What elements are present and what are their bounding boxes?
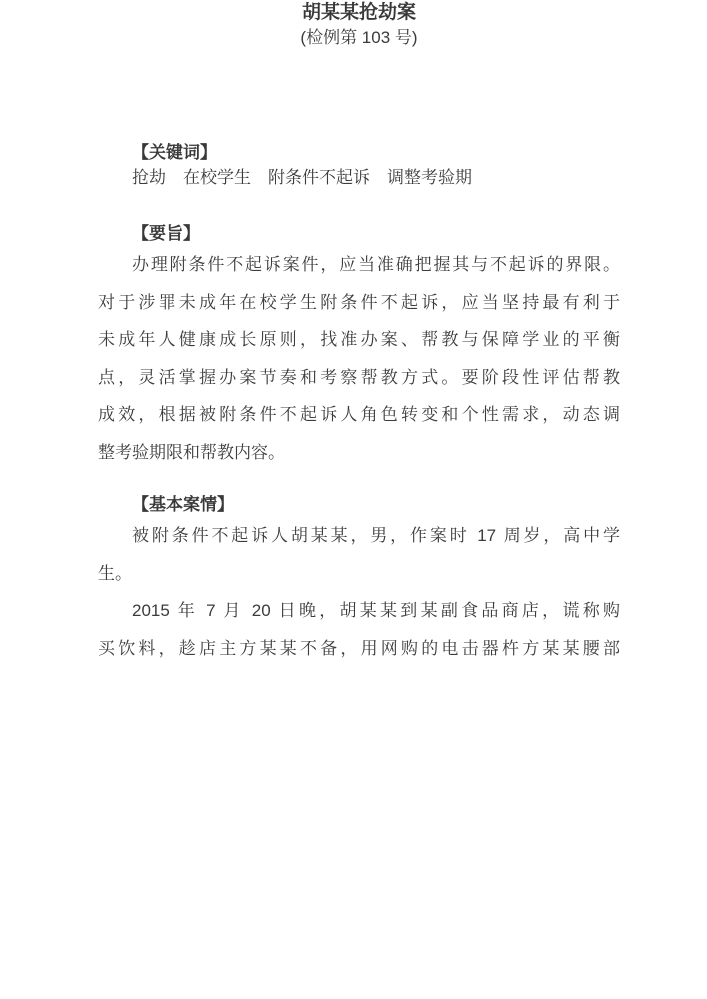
text-line: 生。 (98, 555, 620, 593)
facts-paragraph-2: 2015 年 7 月 20 日晚，胡某某到某副食品商店，谎称购 买饮料，趁店主方… (98, 592, 620, 667)
summary-heading: 【要旨】 (98, 221, 620, 246)
keywords-text: 抢劫 在校学生 附条件不起诉 调整考验期 (98, 165, 620, 190)
document-content: 胡某某抢劫案 (检例第 103 号) 【关键词】 抢劫 在校学生 附条件不起诉 … (0, 0, 707, 667)
case-number: (检例第 103 号) (98, 25, 620, 50)
text-line: 办理附条件不起诉案件，应当准确把握其与不起诉的界限。 (98, 246, 620, 284)
text-line: 对于涉罪未成年在校学生附条件不起诉，应当坚持最有利于 (98, 284, 620, 322)
summary-paragraph: 办理附条件不起诉案件，应当准确把握其与不起诉的界限。 对于涉罪未成年在校学生附条… (98, 246, 620, 471)
text-line: 整考验期限和帮教内容。 (98, 434, 620, 472)
keywords-heading: 【关键词】 (98, 140, 620, 165)
text-line: 2015 年 7 月 20 日晚，胡某某到某副食品商店，谎称购 (98, 592, 620, 630)
text-line: 买饮料，趁店主方某某不备，用网购的电击器杵方某某腰部 (98, 630, 620, 668)
text-line: 被附条件不起诉人胡某某，男，作案时 17 周岁，高中学 (98, 517, 620, 555)
document-title: 胡某某抢劫案 (98, 0, 620, 25)
text-line: 点，灵活掌握办案节奏和考察帮教方式。要阶段性评估帮教 (98, 359, 620, 397)
facts-heading: 【基本案情】 (98, 492, 620, 517)
text-line: 未成年人健康成长原则，找准办案、帮教与保障学业的平衡 (98, 321, 620, 359)
facts-paragraph-1: 被附条件不起诉人胡某某，男，作案时 17 周岁，高中学 生。 (98, 517, 620, 592)
document-page: 胡某某抢劫案 (检例第 103 号) 【关键词】 抢劫 在校学生 附条件不起诉 … (0, 0, 707, 999)
text-line: 成效，根据被附条件不起诉人角色转变和个性需求，动态调 (98, 396, 620, 434)
